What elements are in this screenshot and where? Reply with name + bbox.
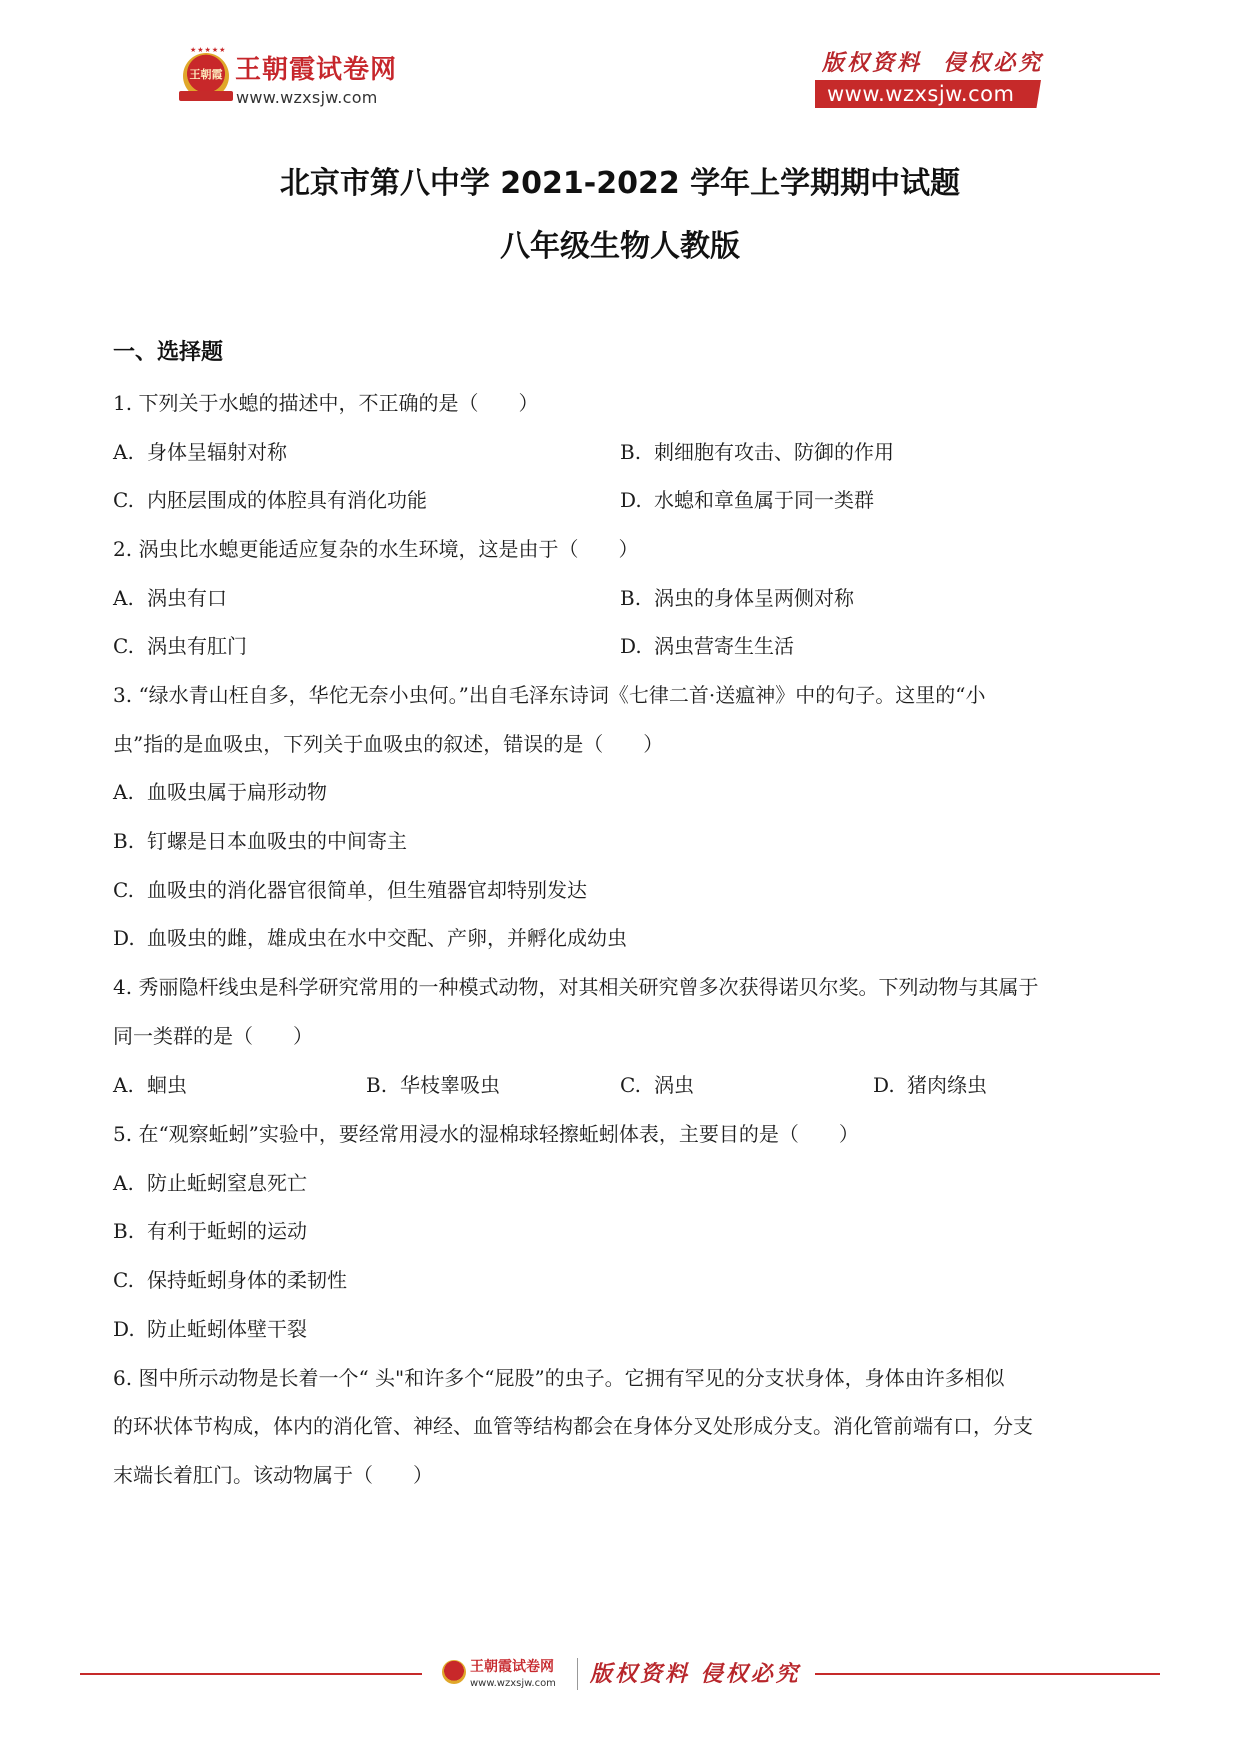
option-label: D. — [113, 1315, 147, 1343]
option-label: C. — [620, 1071, 654, 1099]
document-title: 北京市第八中学 2021-2022 学年上学期期中试题 — [0, 166, 1240, 202]
question-stem: 1. 下列关于水螅的描述中，不正确的是（ ） — [113, 389, 538, 417]
option-text: 血吸虫属于扁形动物 — [147, 780, 327, 804]
option-b: B.有利于蚯蚓的运动 — [113, 1217, 307, 1245]
footer-divider-left — [80, 1673, 422, 1675]
option-text: 内胚层围成的体腔具有消化功能 — [147, 488, 427, 512]
option-label: A. — [113, 1169, 147, 1197]
question-stem-line-2: 同一类群的是（ ） — [113, 1022, 313, 1050]
footer-logo-name: 王朝霞试卷网 — [470, 1659, 554, 1675]
option-label: D. — [113, 924, 147, 952]
option-d: D.涡虫营寄生生活 — [620, 632, 794, 660]
option-c: C.内胚层围成的体腔具有消化功能 — [113, 486, 427, 514]
option-text: 涡虫有口 — [147, 586, 227, 610]
option-c: C.涡虫有肛门 — [113, 632, 247, 660]
option-d: D.水螅和章鱼属于同一类群 — [620, 486, 874, 514]
option-a: A.蛔虫 — [113, 1071, 187, 1099]
option-c: C.血吸虫的消化器官很简单，但生殖器官却特别发达 — [113, 876, 587, 904]
option-label: C. — [113, 632, 147, 660]
option-c: C.保持蚯蚓身体的柔韧性 — [113, 1266, 347, 1294]
option-label: D. — [873, 1071, 907, 1099]
option-text: 猪肉绦虫 — [907, 1073, 987, 1097]
option-b: B.钉螺是日本血吸虫的中间寄主 — [113, 827, 407, 855]
option-text: 水螅和章鱼属于同一类群 — [654, 488, 874, 512]
option-text: 涡虫的身体呈两侧对称 — [654, 586, 854, 610]
site-logo-url: www.wzxsjw.com — [236, 89, 378, 107]
option-label: B. — [620, 584, 654, 612]
option-b: B.刺细胞有攻击、防御的作用 — [620, 438, 894, 466]
option-label: B. — [113, 827, 147, 855]
section-heading: 一、选择题 — [113, 339, 223, 367]
footer-divider-right — [815, 1673, 1160, 1675]
copyright-notice: 版权资料 侵权必究 — [822, 50, 1043, 76]
option-label: D. — [620, 632, 654, 660]
footer-logo-url: www.wzxsjw.com — [470, 1678, 556, 1690]
option-b: B.华枝睾吸虫 — [366, 1071, 500, 1099]
question-stem-line-2: 虫”指的是血吸虫，下列关于血吸虫的叙述，错误的是（ ） — [113, 730, 663, 758]
option-label: A. — [113, 778, 147, 806]
option-d: D.防止蚯蚓体壁干裂 — [113, 1315, 307, 1343]
option-text: 钉螺是日本血吸虫的中间寄主 — [147, 829, 407, 853]
option-text: 涡虫 — [654, 1073, 694, 1097]
option-text: 防止蚯蚓体壁干裂 — [147, 1317, 307, 1341]
option-text: 身体呈辐射对称 — [147, 440, 287, 464]
option-label: A. — [113, 438, 147, 466]
option-label: B. — [113, 1217, 147, 1245]
question-stem: 5. 在“观察蚯蚓”实验中，要经常用浸水的湿棉球轻擦蚯蚓体表，主要目的是（ ） — [113, 1120, 859, 1148]
logo-badge-text: 王朝霞 — [183, 66, 229, 82]
option-text: 涡虫有肛门 — [147, 634, 247, 658]
url-banner-text: www.wzxsjw.com — [827, 81, 1014, 107]
option-a: A.身体呈辐射对称 — [113, 438, 287, 466]
logo-badge-icon: 王朝霞 — [183, 53, 229, 99]
option-label: A. — [113, 1071, 147, 1099]
option-label: C. — [113, 1266, 147, 1294]
question-stem-line-3: 末端长着肛门。该动物属于（ ） — [113, 1461, 433, 1489]
question-stem-line-1: 3. “绿水青山枉自多，华佗无奈小虫何。”出自毛泽东诗词《七律二首·送瘟神》中的… — [113, 681, 985, 709]
footer-logo-badge-icon — [442, 1660, 466, 1684]
option-text: 血吸虫的雌，雄成虫在水中交配、产卵，并孵化成幼虫 — [147, 926, 627, 950]
site-logo-name: 王朝霞试卷网 — [235, 55, 397, 85]
option-a: A.防止蚯蚓窒息死亡 — [113, 1169, 307, 1197]
option-text: 有利于蚯蚓的运动 — [147, 1219, 307, 1243]
option-b: B.涡虫的身体呈两侧对称 — [620, 584, 854, 612]
option-a: A.血吸虫属于扁形动物 — [113, 778, 327, 806]
option-c: C.涡虫 — [620, 1071, 694, 1099]
option-label: D. — [620, 486, 654, 514]
url-banner: www.wzxsjw.com — [815, 80, 1041, 108]
option-label: C. — [113, 486, 147, 514]
option-text: 刺细胞有攻击、防御的作用 — [654, 440, 894, 464]
option-text: 血吸虫的消化器官很简单，但生殖器官却特别发达 — [147, 878, 587, 902]
footer-separator — [577, 1658, 578, 1690]
option-label: C. — [113, 876, 147, 904]
question-stem-line-1: 6. 图中所示动物是长着一个“ 头"和许多个“屁股”的虫子。它拥有罕见的分支状身… — [113, 1364, 1005, 1392]
option-text: 保持蚯蚓身体的柔韧性 — [147, 1268, 347, 1292]
option-d: D.血吸虫的雌，雄成虫在水中交配、产卵，并孵化成幼虫 — [113, 924, 627, 952]
document-subtitle: 八年级生物人教版 — [0, 229, 1240, 265]
question-stem: 2. 涡虫比水螅更能适应复杂的水生环境，这是由于（ ） — [113, 535, 638, 563]
option-label: A. — [113, 584, 147, 612]
option-text: 华枝睾吸虫 — [400, 1073, 500, 1097]
option-d: D.猪肉绦虫 — [873, 1071, 987, 1099]
question-stem-line-1: 4. 秀丽隐杆线虫是科学研究常用的一种模式动物，对其相关研究曾多次获得诺贝尔奖。… — [113, 973, 1038, 1001]
option-label: B. — [620, 438, 654, 466]
option-label: B. — [366, 1071, 400, 1099]
option-text: 蛔虫 — [147, 1073, 187, 1097]
question-stem-line-2: 的环状体节构成，体内的消化管、神经、血管等结构都会在身体分叉处形成分支。消化管前… — [113, 1412, 1033, 1440]
option-text: 涡虫营寄生生活 — [654, 634, 794, 658]
option-a: A.涡虫有口 — [113, 584, 227, 612]
footer-copyright-notice: 版权资料 侵权必究 — [590, 1660, 801, 1688]
option-text: 防止蚯蚓窒息死亡 — [147, 1171, 307, 1195]
